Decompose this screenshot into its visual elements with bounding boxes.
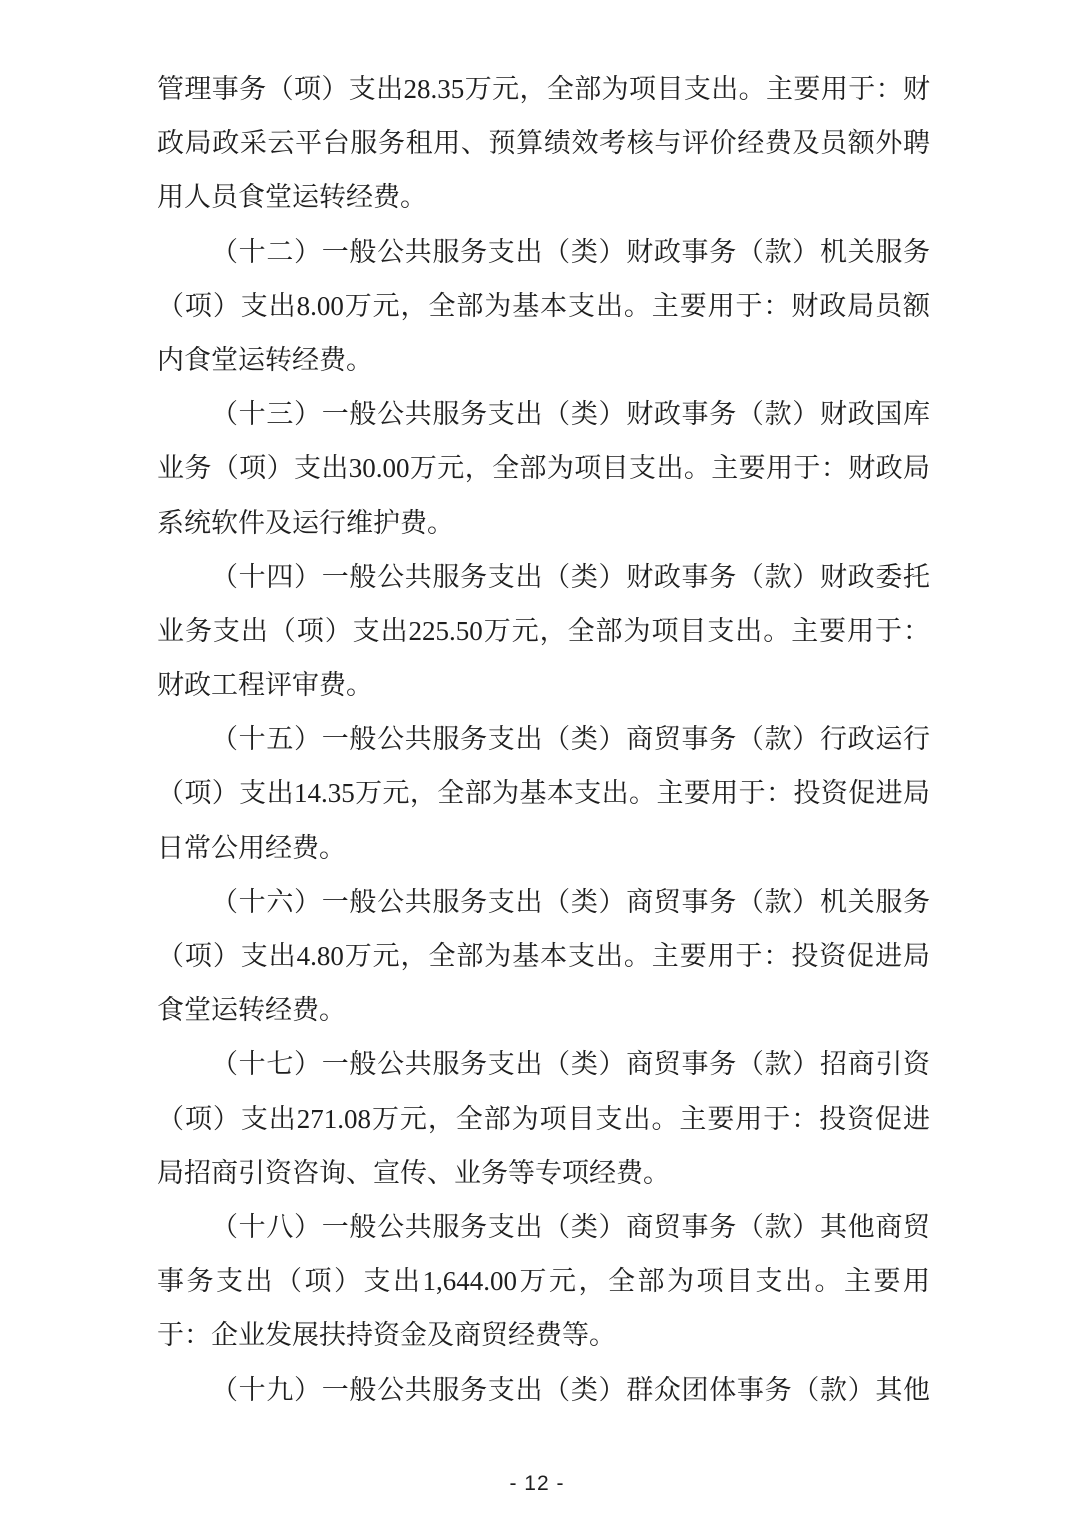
- text-line: （十九）一般公共服务支出（类）群众团体事务（款）其他: [157, 1363, 930, 1417]
- text-line: 系统软件及运行维护费。: [157, 496, 930, 550]
- text-line: 业务（项）支出30.00万元，全部为项目支出。主要用于：财政局: [157, 441, 930, 495]
- text-line: 财政工程评审费。: [157, 658, 930, 712]
- text-line: 管理事务（项）支出28.35万元，全部为项目支出。主要用于：财: [157, 62, 930, 116]
- document-body: 管理事务（项）支出28.35万元，全部为项目支出。主要用于：财政局政采云平台服务…: [157, 62, 930, 1417]
- text-line: 于：企业发展扶持资金及商贸经费等。: [157, 1308, 930, 1362]
- text-line: （十七）一般公共服务支出（类）商贸事务（款）招商引资: [157, 1037, 930, 1091]
- text-line: 日常公用经费。: [157, 821, 930, 875]
- page-number: - 12 -: [0, 1472, 1074, 1496]
- text-line: （项）支出14.35万元，全部为基本支出。主要用于：投资促进局: [157, 766, 930, 820]
- text-line: （项）支出8.00万元，全部为基本支出。主要用于：财政局员额: [157, 279, 930, 333]
- text-line: （十四）一般公共服务支出（类）财政事务（款）财政委托: [157, 550, 930, 604]
- text-line: （十六）一般公共服务支出（类）商贸事务（款）机关服务: [157, 875, 930, 929]
- text-line: （十八）一般公共服务支出（类）商贸事务（款）其他商贸: [157, 1200, 930, 1254]
- text-line: 用人员食堂运转经费。: [157, 170, 930, 224]
- text-line: 食堂运转经费。: [157, 983, 930, 1037]
- text-line: （十三）一般公共服务支出（类）财政事务（款）财政国库: [157, 387, 930, 441]
- text-line: 事务支出（项）支出1,644.00万元，全部为项目支出。主要用: [157, 1254, 930, 1308]
- text-line: 局招商引资咨询、宣传、业务等专项经费。: [157, 1146, 930, 1200]
- document-page: 管理事务（项）支出28.35万元，全部为项目支出。主要用于：财政局政采云平台服务…: [0, 0, 1074, 1520]
- text-line: 业务支出（项）支出225.50万元，全部为项目支出。主要用于：: [157, 604, 930, 658]
- text-line: （项）支出271.08万元，全部为项目支出。主要用于：投资促进: [157, 1092, 930, 1146]
- text-line: （项）支出4.80万元，全部为基本支出。主要用于：投资促进局: [157, 929, 930, 983]
- text-line: （十五）一般公共服务支出（类）商贸事务（款）行政运行: [157, 712, 930, 766]
- text-line: 内食堂运转经费。: [157, 333, 930, 387]
- text-line: （十二）一般公共服务支出（类）财政事务（款）机关服务: [157, 225, 930, 279]
- text-line: 政局政采云平台服务租用、预算绩效考核与评价经费及员额外聘: [157, 116, 930, 170]
